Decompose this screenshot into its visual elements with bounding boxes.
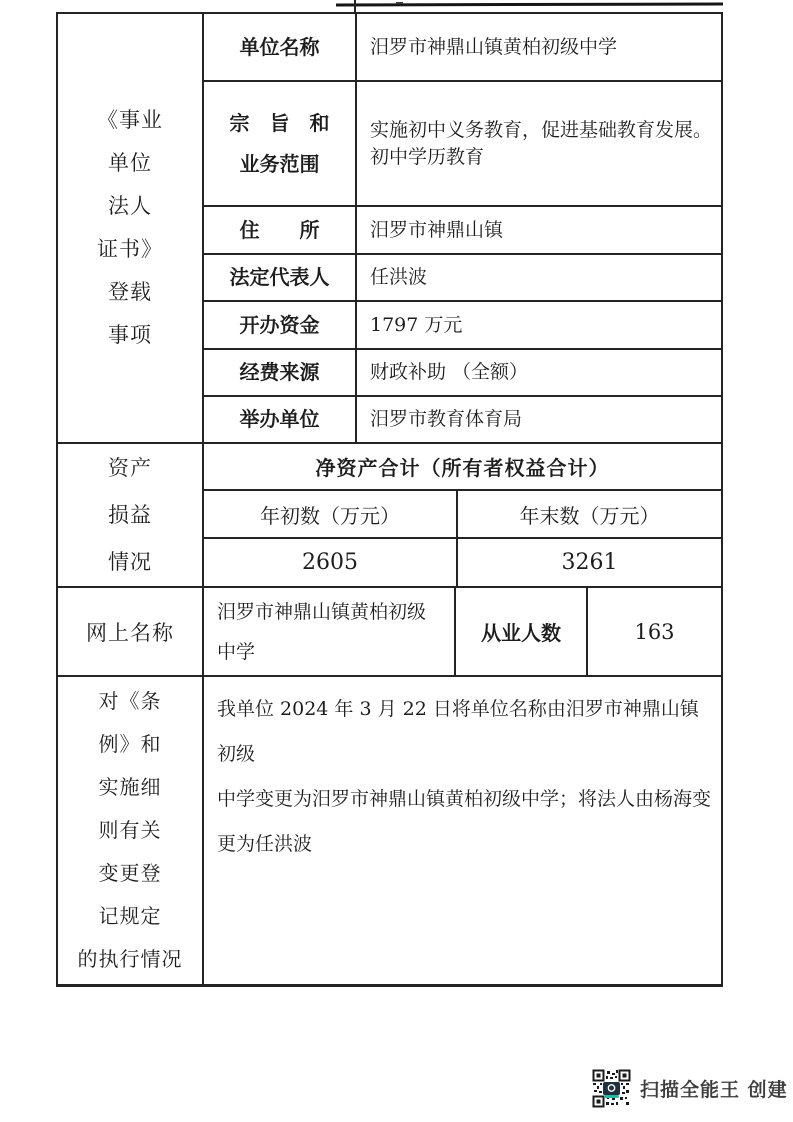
staff-count-label: 从业人数 <box>456 588 588 675</box>
table-row-legal-representative: 法定代表人 任洪波 <box>204 253 721 300</box>
mission-value-line: 初中学历教育 <box>370 144 715 171</box>
unit-name-value: 汨罗市神鼎山镇黄柏初级中学 <box>357 14 721 80</box>
side-label-line: 实施细 <box>99 766 162 809</box>
online-name-value-line: 汨罗市神鼎山镇黄柏初级 <box>217 592 454 632</box>
table-row-funding-source: 经费来源 财政补助 （全额） <box>204 348 721 395</box>
side-label-line: 损益 <box>108 492 152 539</box>
legal-representative-value: 任洪波 <box>357 255 721 300</box>
assets-rows: 净资产合计（所有者权益合计） 年初数（万元） 年末数（万元） 2605 3261 <box>204 444 721 586</box>
unit-name-label: 单位名称 <box>204 14 357 80</box>
year-end-value: 3261 <box>456 539 721 586</box>
certificate-section-side-label: 《事业 单位 法人 证书》 登载 事项 <box>58 14 204 442</box>
organizer-unit-value: 汨罗市教育体育局 <box>357 397 721 442</box>
funding-source-label: 经费来源 <box>204 350 357 395</box>
registration-form-table: 《事业 单位 法人 证书》 登载 事项 单位名称 汨罗市神鼎山镇黄柏初级中学 宗… <box>56 12 723 987</box>
side-label-line: 证书》 <box>97 228 163 271</box>
compliance-content-line: 我单位 2024 年 3 月 22 日将单位名称由汨罗市神鼎山镇初级 <box>217 687 717 777</box>
mission-scope-value: 实施初中义务教育，促进基础教育发展。 初中学历教育 <box>357 82 721 205</box>
year-start-header: 年初数（万元） <box>204 491 456 537</box>
mission-scope-label: 宗 旨 和 业务范围 <box>204 82 357 205</box>
address-value-text: 汨罗市神鼎山镇 <box>370 217 715 244</box>
address-value: 汨罗市神鼎山镇 <box>357 207 721 253</box>
online-name-section: 网上名称 汨罗市神鼎山镇黄柏初级 中学 从业人数 163 <box>58 586 721 675</box>
online-name-value-line: 中学 <box>217 632 454 672</box>
assets-section: 资产 损益 情况 净资产合计（所有者权益合计） 年初数（万元） 年末数（万元） … <box>58 442 721 586</box>
compliance-content-line: 中学变更为汨罗市神鼎山镇黄柏初级中学；将法人由杨海变 <box>217 777 717 822</box>
mission-label-line: 业务范围 <box>240 144 320 185</box>
side-label-line: 事项 <box>108 314 152 357</box>
legal-representative-value-text: 任洪波 <box>370 264 715 291</box>
scan-artifact-dash <box>396 2 403 4</box>
mission-value-line: 实施初中义务教育，促进基础教育发展。 <box>370 117 715 144</box>
table-row-mission-scope: 宗 旨 和 业务范围 实施初中义务教育，促进基础教育发展。 初中学历教育 <box>204 80 721 205</box>
founding-capital-label: 开办资金 <box>204 302 357 348</box>
side-label-line: 记规定 <box>99 895 162 938</box>
scan-artifact-top-line <box>336 2 723 6</box>
compliance-section-side-label: 对《条 例》和 实施细 则有关 变更登 记规定 的执行情况 <box>58 677 204 984</box>
side-label-line: 登载 <box>108 271 152 314</box>
side-label-line: 则有关 <box>99 809 162 852</box>
year-end-header: 年末数（万元） <box>456 491 721 537</box>
camscanner-watermark: 扫描全能王 创建 <box>592 1068 788 1108</box>
staff-count-value: 163 <box>588 588 721 675</box>
organizer-unit-label: 举办单位 <box>204 397 357 442</box>
side-label-line: 《事业 <box>97 99 163 142</box>
side-label-line: 变更登 <box>99 852 162 895</box>
table-row-organizer-unit: 举办单位 汨罗市教育体育局 <box>204 395 721 442</box>
founding-capital-value: 1797 万元 <box>357 302 721 348</box>
mission-label-line: 宗 旨 和 <box>230 103 330 144</box>
side-label-line: 资产 <box>108 445 152 492</box>
side-label-line: 对《条 <box>99 680 162 723</box>
camscanner-watermark-text: 扫描全能王 创建 <box>640 1075 788 1102</box>
assets-section-side-label: 资产 损益 情况 <box>58 444 204 586</box>
compliance-content-line: 更为任洪波 <box>217 822 717 867</box>
table-row-unit-name: 单位名称 汨罗市神鼎山镇黄柏初级中学 <box>204 14 721 80</box>
unit-name-value-text: 汨罗市神鼎山镇黄柏初级中学 <box>370 34 715 61</box>
camscanner-qr-icon <box>592 1069 631 1108</box>
side-label-line: 法人 <box>108 185 152 228</box>
compliance-content: 我单位 2024 年 3 月 22 日将单位名称由汨罗市神鼎山镇初级 中学变更为… <box>204 677 721 984</box>
address-label: 住 所 <box>204 207 357 253</box>
side-label-line: 单位 <box>108 142 152 185</box>
side-label-line: 的执行情况 <box>78 938 183 981</box>
net-assets-title: 净资产合计（所有者权益合计） <box>204 444 721 489</box>
certificate-rows: 单位名称 汨罗市神鼎山镇黄柏初级中学 宗 旨 和 业务范围 实施初中义务教育，促… <box>204 14 721 442</box>
side-label-line: 例》和 <box>99 723 162 766</box>
founding-capital-value-text: 1797 万元 <box>370 312 715 339</box>
funding-source-value: 财政补助 （全额） <box>357 350 721 395</box>
compliance-section: 对《条 例》和 实施细 则有关 变更登 记规定 的执行情况 我单位 2024 年… <box>58 675 721 984</box>
organizer-unit-value-text: 汨罗市教育体育局 <box>370 406 715 433</box>
scanned-form-page: 《事业 单位 法人 证书》 登载 事项 单位名称 汨罗市神鼎山镇黄柏初级中学 宗… <box>0 0 793 1122</box>
certificate-items-section: 《事业 单位 法人 证书》 登载 事项 单位名称 汨罗市神鼎山镇黄柏初级中学 宗… <box>58 14 721 442</box>
year-start-value: 2605 <box>204 539 456 586</box>
table-row-address: 住 所 汨罗市神鼎山镇 <box>204 205 721 253</box>
table-row-founding-capital: 开办资金 1797 万元 <box>204 300 721 348</box>
online-name-value: 汨罗市神鼎山镇黄柏初级 中学 <box>204 588 456 675</box>
legal-representative-label: 法定代表人 <box>204 255 357 300</box>
funding-source-value-text: 财政补助 （全额） <box>370 359 715 386</box>
online-name-label: 网上名称 <box>58 588 204 675</box>
assets-values-row: 2605 3261 <box>204 537 721 586</box>
side-label-line: 情况 <box>108 539 152 586</box>
assets-header-row: 年初数（万元） 年末数（万元） <box>204 489 721 537</box>
